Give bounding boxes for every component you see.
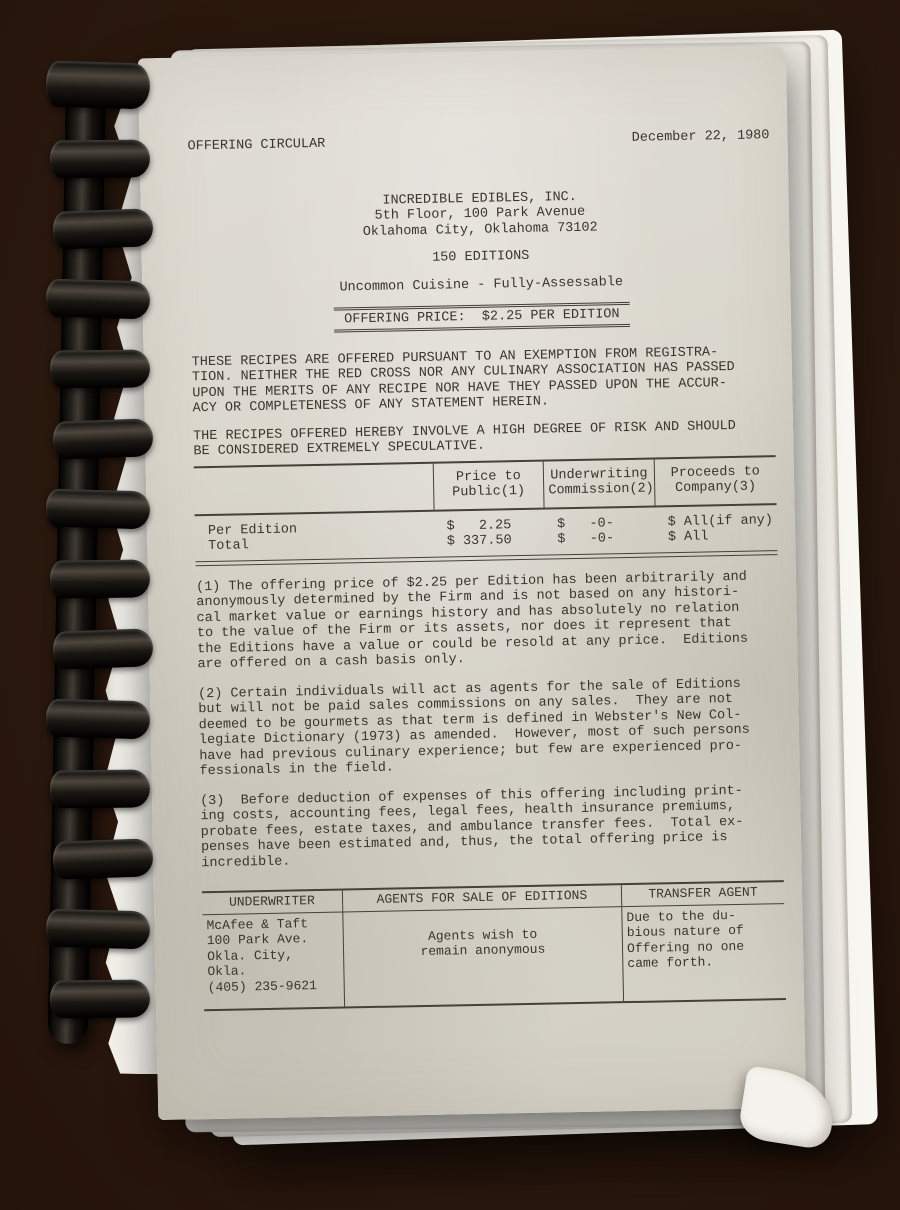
row-label: Total (195, 535, 434, 555)
comb-ring (52, 208, 153, 249)
price-cell: $ 337.50 (434, 533, 545, 551)
comb-ring (45, 279, 150, 320)
comb-ring (45, 909, 150, 950)
pricing-header-underwriting-commission: Underwriting Commission(2) (543, 459, 654, 507)
agents-table: UNDERWRITER AGENTS FOR SALE OF EDITIONS … (202, 880, 786, 1011)
front-page: OFFERING CIRCULAR December 22, 1980 INCR… (138, 46, 806, 1120)
document-header-row: OFFERING CIRCULAR December 22, 1980 (187, 128, 769, 155)
editions-count: 150 EDITIONS (190, 244, 772, 271)
comb-ring (50, 769, 150, 808)
offering-tagline: Uncommon Cuisine - Fully-Assessable (190, 272, 772, 299)
pricing-table: Price to Public(1) Underwriting Commissi… (194, 455, 778, 566)
offering-price-banner-wrap: OFFERING PRICE: $2.25 PER EDITION (191, 299, 773, 335)
pricing-header-price-to-public: Price to Public(1) (432, 461, 543, 509)
footnote-2: (2) Certain individuals will act as agen… (198, 676, 782, 780)
underwriter-header: UNDERWRITER (202, 891, 342, 914)
comb-ring (52, 838, 153, 879)
transfer-agent-header: TRANSFER AGENT (621, 882, 784, 906)
comb-ring (45, 61, 150, 110)
comb-ring (52, 628, 153, 669)
footnote-3: (3) Before deduction of expenses of this… (200, 783, 783, 872)
document-date: December 22, 1980 (632, 128, 770, 146)
comb-ring (50, 349, 150, 388)
comb-ring (50, 559, 150, 598)
pricing-header-proceeds-to-company: Proceeds to Company(3) (653, 457, 776, 505)
agents-table-body-row: McAfee & Taft 100 Park Ave. Okla. City, … (202, 904, 786, 1010)
footnote-1: (1) The offering price of $2.25 per Edit… (196, 569, 780, 673)
transfer-agent-cell: Due to the du- bious nature of Offering … (621, 904, 786, 1002)
company-block: INCREDIBLE EDIBLES, INC. 5th Floor, 100 … (189, 186, 772, 244)
offering-price-banner: OFFERING PRICE: $2.25 PER EDITION (334, 302, 630, 332)
document-title: OFFERING CIRCULAR (187, 137, 325, 155)
registration-exemption-paragraph: THESE RECIPES ARE OFFERED PURSUANT TO AN… (192, 344, 775, 417)
pricing-header-blank (194, 463, 433, 514)
commission-cell: $ -0- (544, 530, 655, 548)
comb-ring (52, 418, 153, 459)
comb-binding-rings (48, 62, 152, 1018)
photographed-document-scene: OFFERING CIRCULAR December 22, 1980 INCR… (0, 0, 900, 1210)
comb-ring (45, 489, 150, 530)
agents-cell: Agents wish to remain anonymous (342, 907, 623, 1007)
proceeds-cell: $ All (655, 528, 777, 546)
page-content: OFFERING CIRCULAR December 22, 1980 INCR… (138, 46, 804, 1012)
underwriter-cell: McAfee & Taft 100 Park Ave. Okla. City, … (202, 912, 343, 1009)
risk-warning-paragraph: THE RECIPES OFFERED HEREBY INVOLVE A HIG… (193, 418, 775, 460)
comb-ring (45, 699, 150, 740)
comb-ring (50, 979, 150, 1018)
comb-ring (50, 139, 150, 178)
